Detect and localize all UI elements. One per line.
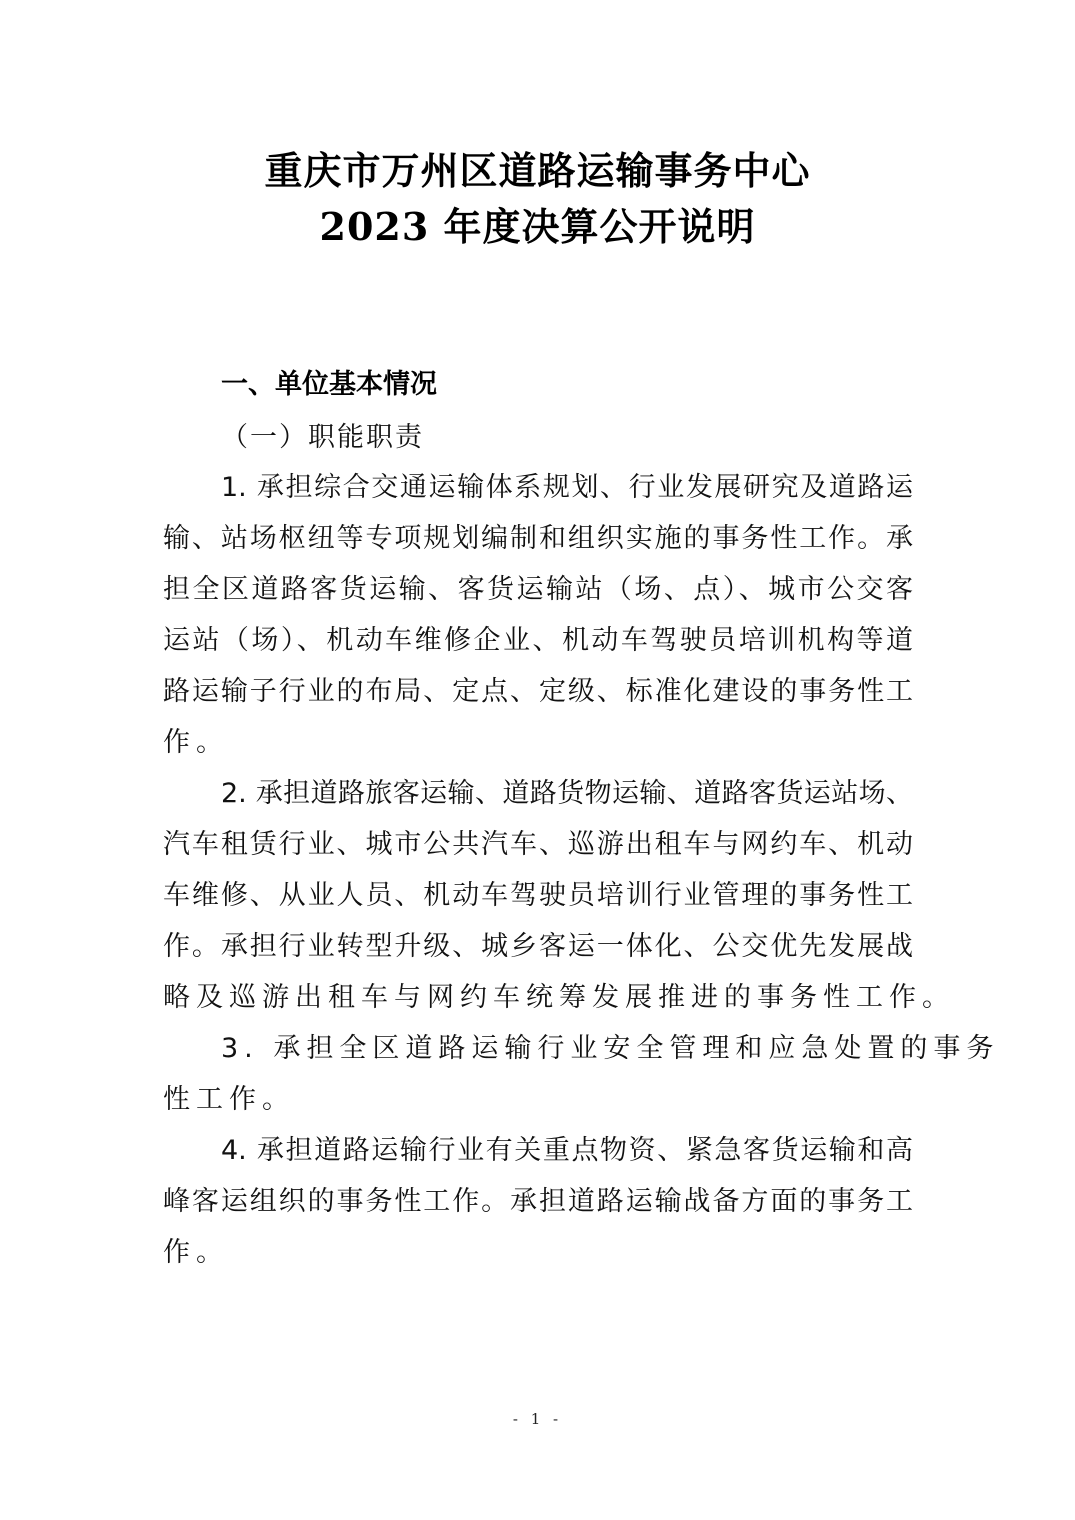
paragraph-line: 路运输子行业的布局、定点、定级、标准化建设的事务性工	[163, 669, 913, 708]
page-number: - 1 -	[0, 1410, 1075, 1428]
paragraph-line: 2. 承担道路旅客运输、道路货物运输、道路客货运站场、	[221, 771, 913, 810]
paragraph-line: 输、站场枢纽等专项规划编制和组织实施的事务性工作。承	[163, 516, 913, 555]
paragraph-line: 担全区道路客货运输、客货运输站（场、点）、城市公交客	[163, 567, 913, 606]
document-title-line-1: 重庆市万州区道路运输事务中心	[0, 140, 1075, 195]
subsection-heading-functions: （一）职能职责	[221, 415, 424, 454]
paragraph-line: 1. 承担综合交通运输体系规划、行业发展研究及道路运	[221, 465, 913, 504]
paragraph-line: 车维修、从业人员、机动车驾驶员培训行业管理的事务性工	[163, 873, 913, 912]
paragraph-line: 作。承担行业转型升级、城乡客运一体化、公交优先发展战	[163, 924, 913, 963]
section-heading-basic-info: 一、单位基本情况	[221, 362, 437, 401]
paragraph-line: 4. 承担道路运输行业有关重点物资、紧急客货运输和高	[221, 1128, 913, 1167]
paragraph-line: 作。	[163, 720, 913, 759]
paragraph-line: 略及巡游出租车与网约车统筹发展推进的事务性工作。	[163, 975, 913, 1014]
paragraph-line: 峰客运组织的事务性工作。承担道路运输战备方面的事务工	[163, 1179, 913, 1218]
document-title-line-2: 2023 年度决算公开说明	[0, 196, 1075, 251]
paragraph-line: 汽车租赁行业、城市公共汽车、巡游出租车与网约车、机动	[163, 822, 913, 861]
paragraph-line: 性工作。	[163, 1077, 913, 1116]
paragraph-line: 运站（场）、机动车维修企业、机动车驾驶员培训机构等道	[163, 618, 913, 657]
document-page: 重庆市万州区道路运输事务中心 2023 年度决算公开说明 一、单位基本情况 （一…	[0, 0, 1075, 1520]
paragraph-line: 作。	[163, 1230, 913, 1269]
paragraph-line: 3. 承担全区道路运输行业安全管理和应急处置的事务	[221, 1026, 913, 1065]
